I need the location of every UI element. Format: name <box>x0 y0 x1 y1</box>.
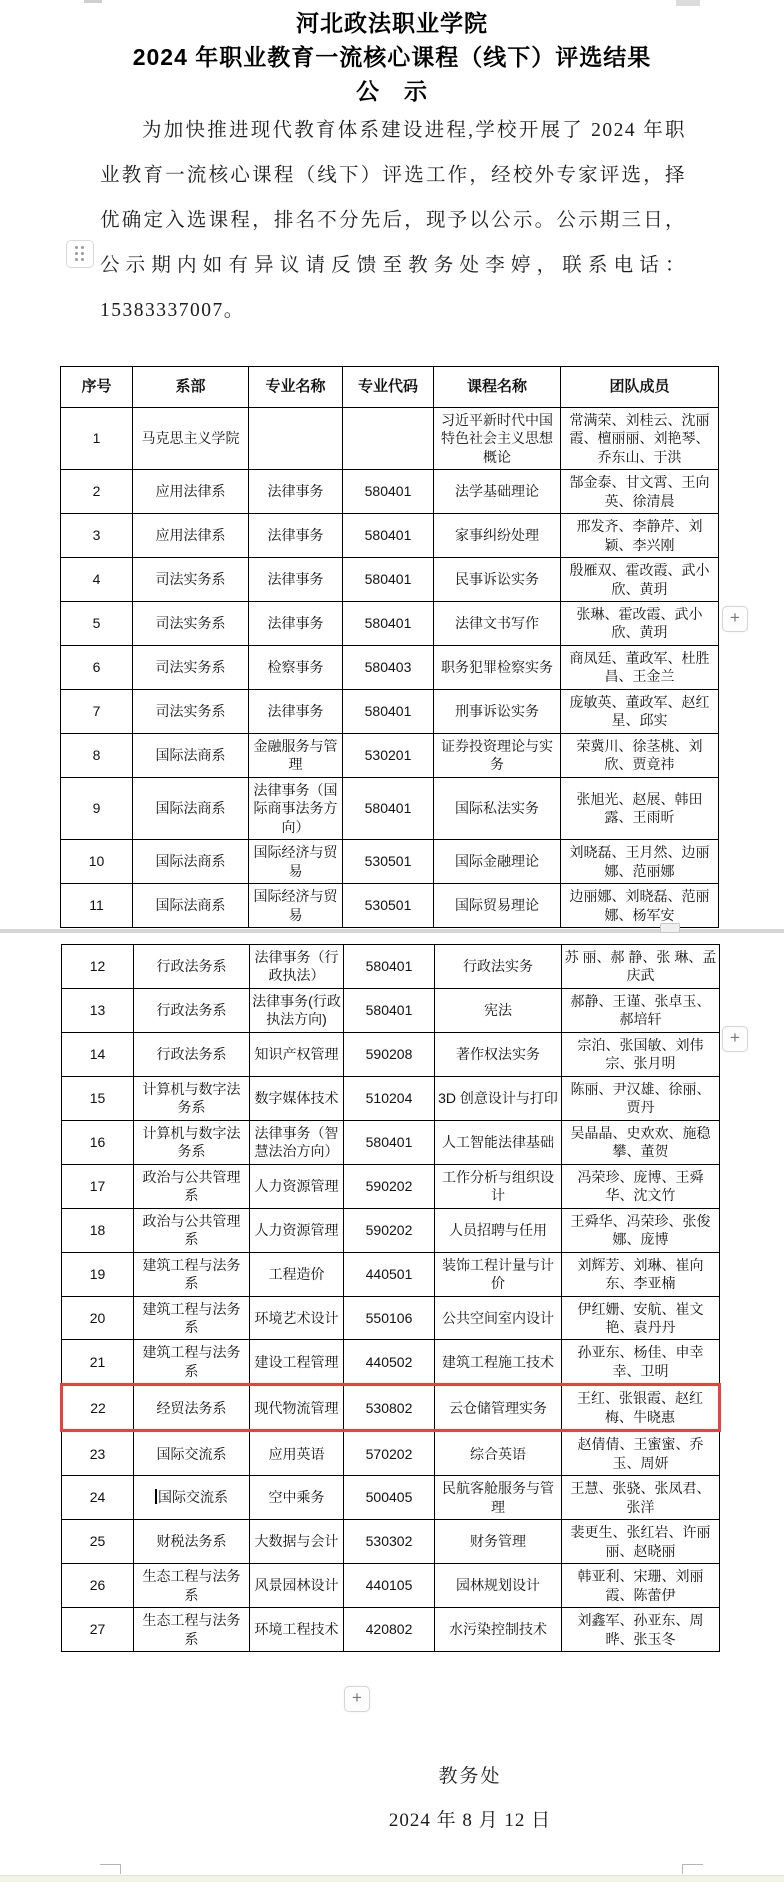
table-cell[interactable]: 现代物流管理 <box>250 1385 344 1431</box>
table-cell[interactable]: 国际法商系 <box>133 733 249 777</box>
column-header: 序号 <box>61 367 133 408</box>
table-cell[interactable]: 17 <box>62 1164 134 1208</box>
table-cell[interactable]: 23 <box>62 1431 134 1476</box>
table-cell[interactable]: 司法实务系 <box>133 602 249 646</box>
table-cell[interactable]: 法律事务（智慧法治方向） <box>250 1120 344 1164</box>
table-cell[interactable]: 生态工程与法务系 <box>134 1564 250 1608</box>
table-cell[interactable]: 应用法律系 <box>133 514 249 558</box>
table-cell[interactable]: 人工智能法律基础 <box>435 1120 562 1164</box>
table-row: 11国际法商系国际经济与贸易530501国际贸易理论边丽娜、刘晓磊、范丽娜、杨军… <box>61 884 719 928</box>
signature-block: 教务处 2024 年 8 月 12 日 <box>340 1762 600 1836</box>
table-cell[interactable]: 11 <box>61 884 133 928</box>
table-cell[interactable]: 大数据与会计 <box>250 1520 344 1564</box>
table-cell[interactable]: 刘鑫军、孙亚东、周晔、张玉冬 <box>562 1608 720 1652</box>
table-cell[interactable]: 张旭光、赵展、韩田露、王雨昕 <box>561 777 719 839</box>
table-cell[interactable]: 财税法务系 <box>134 1520 250 1564</box>
table-row: 5司法实务系法律事务580401法律文书写作张琳、霍改霞、武小欣、黄玥 <box>61 602 719 646</box>
column-header: 课程名称 <box>434 367 561 408</box>
table-cell[interactable]: 冯荣珍、庞博、王舜华、沈文竹 <box>562 1164 720 1208</box>
table-cell[interactable]: 行政法务系 <box>134 1032 250 1076</box>
column-header: 系部 <box>133 367 249 408</box>
table-cell[interactable]: 法律事务 <box>249 470 343 514</box>
table-cell[interactable]: 16 <box>62 1120 134 1164</box>
results-table-page1[interactable]: 序号系部专业名称专业代码课程名称团队成员 1马克思主义学院习近平新时代中国特色社… <box>60 366 719 928</box>
table-cell[interactable]: 国际法商系 <box>133 777 249 839</box>
table-cell[interactable]: 行政法务系 <box>134 988 250 1032</box>
table-cell[interactable]: 440502 <box>344 1340 435 1385</box>
table-row: 27生态工程与法务系环境工程技术420802水污染控制技术刘鑫军、孙亚东、周晔、… <box>62 1608 720 1652</box>
table-cell[interactable]: 2 <box>61 470 133 514</box>
table-cell[interactable]: 计算机与数字法务系 <box>134 1120 250 1164</box>
table-cell[interactable]: 530501 <box>343 884 434 928</box>
table-cell[interactable]: 法律事务 <box>249 689 343 733</box>
table-cell[interactable]: 国际经济与贸易 <box>249 884 343 928</box>
table-cell[interactable]: 550106 <box>344 1296 435 1340</box>
table-cell[interactable]: 行政法实务 <box>435 945 562 989</box>
table-cell[interactable]: 公共空间室内设计 <box>435 1296 562 1340</box>
table-row: 18政治与公共管理系人力资源管理590202人员招聘与任用王舜华、冯荣珍、张俊娜… <box>62 1208 720 1252</box>
table-cell[interactable]: 民航客舱服务与管理 <box>435 1476 562 1520</box>
table-cell[interactable]: 法律事务（国际商事法务方向） <box>249 777 343 839</box>
results-table-page2[interactable]: 12行政法务系法律事务（行政执法）580401行政法实务苏 丽、郝 静、张 琳、… <box>60 944 721 1652</box>
table-row: 6司法实务系检察事务580403职务犯罪检察实务商凤廷、董政军、杜胜昌、王金兰 <box>61 645 719 689</box>
table-cell[interactable]: 王慧、张骁、张凤君、张洋 <box>562 1476 720 1520</box>
table-cell[interactable]: 家事纠纷处理 <box>434 514 561 558</box>
table-row: 12行政法务系法律事务（行政执法）580401行政法实务苏 丽、郝 静、张 琳、… <box>62 945 720 989</box>
table-cell[interactable]: 习近平新时代中国特色社会主义思想概论 <box>434 407 561 469</box>
table-cell[interactable]: 25 <box>62 1520 134 1564</box>
table-row: 21建筑工程与法务系建设工程管理440502建筑工程施工技术孙亚东、杨佳、申幸幸… <box>62 1340 720 1385</box>
table-cell[interactable]: 580401 <box>343 602 434 646</box>
table-cell[interactable]: 政治与公共管理系 <box>134 1164 250 1208</box>
table-cell[interactable]: 陈丽、尹汉雄、徐丽、贾丹 <box>562 1076 720 1120</box>
table-cell[interactable]: 应用英语 <box>250 1431 344 1476</box>
table-row: 24国际交流系空中乘务500405民航客舱服务与管理王慧、张骁、张凤君、张洋 <box>62 1476 720 1520</box>
table-cell[interactable]: 530302 <box>344 1520 435 1564</box>
table-cell[interactable]: 知识产权管理 <box>250 1032 344 1076</box>
table-cell[interactable]: 国际交流系 <box>134 1476 250 1520</box>
table-row: 26生态工程与法务系风景园林设计440105园林规划设计韩亚利、宋珊、刘丽霞、陈… <box>62 1564 720 1608</box>
table-cell[interactable]: 9 <box>61 777 133 839</box>
table-row: 3应用法律系法律事务580401家事纠纷处理邢发齐、李静芹、刘颖、李兴刚 <box>61 514 719 558</box>
table-cell[interactable]: 张琳、霍改霞、武小欣、黄玥 <box>561 602 719 646</box>
table-row: 17政治与公共管理系人力资源管理590202工作分析与组织设计冯荣珍、庞博、王舜… <box>62 1164 720 1208</box>
insert-column-button-2[interactable]: + <box>722 1026 748 1052</box>
table-cell[interactable]: 金融服务与管理 <box>249 733 343 777</box>
table-row: 13行政法务系法律事务(行政执法方向)580401宪法郝静、王谨、张卓玉、郝培轩 <box>62 988 720 1032</box>
table-cell[interactable]: 孙亚东、杨佳、申幸幸、卫明 <box>562 1340 720 1385</box>
table-cell[interactable]: 建筑工程与法务系 <box>134 1252 250 1296</box>
table-cell[interactable]: 职务犯罪检察实务 <box>434 645 561 689</box>
table-cell[interactable]: 人员招聘与任用 <box>435 1208 562 1252</box>
table-cell[interactable]: 云仓储管理实务 <box>435 1385 562 1431</box>
table-row-highlighted: 22经贸法务系现代物流管理530802云仓储管理实务王红、张银霞、赵红梅、牛晓惠 <box>62 1385 720 1431</box>
table-row: 19建筑工程与法务系工程造价440501装饰工程计量与计价刘辉芳、刘琳、崔向东、… <box>62 1252 720 1296</box>
table-cell[interactable]: 1 <box>61 407 133 469</box>
table-cell[interactable]: 590208 <box>344 1032 435 1076</box>
table-cell[interactable]: 水污染控制技术 <box>435 1608 562 1652</box>
table-cell[interactable]: 580401 <box>343 777 434 839</box>
table-cell[interactable]: 法律事务 <box>249 558 343 602</box>
table-cell[interactable]: 政治与公共管理系 <box>134 1208 250 1252</box>
table-cell[interactable]: 建筑工程与法务系 <box>134 1340 250 1385</box>
table-cell[interactable]: 伊红姗、安航、崔文艳、袁丹丹 <box>562 1296 720 1340</box>
table-cell[interactable]: 530802 <box>344 1385 435 1431</box>
table-cell[interactable]: 司法实务系 <box>133 689 249 733</box>
table-cell[interactable]: 4 <box>61 558 133 602</box>
table-cell[interactable]: 国际法商系 <box>133 840 249 884</box>
doc-title-notice: 公 示 <box>0 74 784 108</box>
table-cell[interactable]: 国际经济与贸易 <box>249 840 343 884</box>
table-cell[interactable]: 应用法律系 <box>133 470 249 514</box>
table-cell[interactable]: 法律文书写作 <box>434 602 561 646</box>
table-cell[interactable]: 计算机与数字法务系 <box>134 1076 250 1120</box>
table-cell[interactable]: 马克思主义学院 <box>133 407 249 469</box>
table-cell[interactable]: 边丽娜、刘晓磊、范丽娜、杨军安 <box>561 884 719 928</box>
table-cell[interactable]: 19 <box>62 1252 134 1296</box>
table-cell[interactable]: 建设工程管理 <box>250 1340 344 1385</box>
document-page[interactable]: { "document": { "title_line1": "河北政法职业学院… <box>0 0 784 1882</box>
table-cell[interactable]: 装饰工程计量与计价 <box>435 1252 562 1296</box>
table-cell[interactable]: 590202 <box>344 1164 435 1208</box>
intro-paragraph[interactable]: 为加快推进现代教育体系建设进程,学校开展了 2024 年职业教育一流核心课程（线… <box>100 108 686 333</box>
table-cell[interactable]: 3 <box>61 514 133 558</box>
table-cell[interactable]: 580401 <box>343 558 434 602</box>
page-boundary-mark-bottom-left <box>100 1864 121 1874</box>
table-row: 20建筑工程与法务系环境艺术设计550106公共空间室内设计伊红姗、安航、崔文艳… <box>62 1296 720 1340</box>
table-cell[interactable]: 21 <box>62 1340 134 1385</box>
table-cell[interactable]: 检察事务 <box>249 645 343 689</box>
table-cell[interactable]: 民事诉讼实务 <box>434 558 561 602</box>
insert-row-button[interactable]: + <box>344 1686 370 1712</box>
bottom-toolbar-strip <box>0 1875 784 1882</box>
page-break-notch <box>660 923 680 933</box>
table-cell[interactable]: 500405 <box>344 1476 435 1520</box>
table-cell[interactable]: 建筑工程施工技术 <box>435 1340 562 1385</box>
table-cell[interactable]: 常满荣、刘桂云、沈丽霞、檀丽丽、刘艳琴、乔东山、于洪 <box>561 407 719 469</box>
table-row: 7司法实务系法律事务580401刑事诉讼实务庞敏英、董政军、赵红星、邱实 <box>61 689 719 733</box>
paragraph-drag-handle-icon[interactable] <box>66 240 94 268</box>
table-cell[interactable]: 法学基础理论 <box>434 470 561 514</box>
table-cell[interactable]: 环境艺术设计 <box>250 1296 344 1340</box>
doc-title-school: 河北政法职业学院 <box>0 6 784 40</box>
signature-department: 教务处 <box>340 1762 600 1792</box>
table-cell[interactable]: 530201 <box>343 733 434 777</box>
table-cell[interactable]: 综合英语 <box>435 1431 562 1476</box>
table-cell[interactable]: 郜金泰、甘文霄、王向英、徐清晨 <box>561 470 719 514</box>
table-cell[interactable]: 财务管理 <box>435 1520 562 1564</box>
table-row: 8国际法商系金融服务与管理530201证券投资理论与实务荣冀川、徐茎桃、刘欣、贾… <box>61 733 719 777</box>
table-cell[interactable]: 580401 <box>344 1120 435 1164</box>
table-cell[interactable]: 国际法商系 <box>133 884 249 928</box>
table-cell[interactable]: 荣冀川、徐茎桃、刘欣、贾竟祎 <box>561 733 719 777</box>
table-cell[interactable]: 工作分析与组织设计 <box>435 1164 562 1208</box>
table-cell[interactable]: 10 <box>61 840 133 884</box>
table-cell[interactable]: 生态工程与法务系 <box>134 1608 250 1652</box>
table-cell[interactable]: 26 <box>62 1564 134 1608</box>
table-cell[interactable]: 工程造价 <box>250 1252 344 1296</box>
table-cell[interactable]: 22 <box>62 1385 134 1431</box>
table-cell[interactable]: 国际私法实务 <box>434 777 561 839</box>
table-cell[interactable]: 刘晓磊、王月然、边丽娜、范丽娜 <box>561 840 719 884</box>
table-cell[interactable]: 苏 丽、郝 静、张 琳、孟庆武 <box>562 945 720 989</box>
table-cell[interactable]: 殷雁双、霍改霞、武小欣、黄玥 <box>561 558 719 602</box>
table-row: 2应用法律系法律事务580401法学基础理论郜金泰、甘文霄、王向英、徐清晨 <box>61 470 719 514</box>
table-cell[interactable]: 27 <box>62 1608 134 1652</box>
table-cell[interactable]: 13 <box>62 988 134 1032</box>
table-cell[interactable]: 国际交流系 <box>134 1431 250 1476</box>
table-cell[interactable]: 国际贸易理论 <box>434 884 561 928</box>
table-cell[interactable] <box>343 407 434 469</box>
table-cell[interactable]: 420802 <box>344 1608 435 1652</box>
table-cell[interactable]: 440105 <box>344 1564 435 1608</box>
table-cell[interactable]: 邢发齐、李静芹、刘颖、李兴刚 <box>561 514 719 558</box>
table-row: 23国际交流系应用英语570202综合英语赵倩倩、王蜜蜜、乔玉、周妍 <box>62 1431 720 1476</box>
table-cell[interactable]: 王舜华、冯荣珍、张俊娜、庞博 <box>562 1208 720 1252</box>
table-cell[interactable]: 6 <box>61 645 133 689</box>
title-block: 河北政法职业学院 2024 年职业教育一流核心课程（线下）评选结果 公 示 <box>0 6 784 108</box>
table-cell[interactable]: 5 <box>61 602 133 646</box>
column-header: 专业代码 <box>343 367 434 408</box>
table-cell[interactable]: 人力资源管理 <box>250 1164 344 1208</box>
table-cell[interactable]: 人力资源管理 <box>250 1208 344 1252</box>
table-row: 1马克思主义学院习近平新时代中国特色社会主义思想概论常满荣、刘桂云、沈丽霞、檀丽… <box>61 407 719 469</box>
table-row: 25财税法务系大数据与会计530302财务管理裴更生、张红岩、许丽丽、赵晓丽 <box>62 1520 720 1564</box>
table-cell[interactable]: 20 <box>62 1296 134 1340</box>
table-cell[interactable]: 24 <box>62 1476 134 1520</box>
insert-column-button[interactable]: + <box>722 606 748 632</box>
table-cell[interactable]: 14 <box>62 1032 134 1076</box>
table-cell[interactable]: 法律事务(行政执法方向) <box>250 988 344 1032</box>
table-cell[interactable]: 7 <box>61 689 133 733</box>
column-header: 团队成员 <box>561 367 719 408</box>
table-cell[interactable]: 数字媒体技术 <box>250 1076 344 1120</box>
table-cell[interactable]: 国际金融理论 <box>434 840 561 884</box>
table-cell[interactable]: 园林规划设计 <box>435 1564 562 1608</box>
table-cell[interactable]: 赵倩倩、王蜜蜜、乔玉、周妍 <box>562 1431 720 1476</box>
table-cell[interactable]: 著作权法实务 <box>435 1032 562 1076</box>
table-cell[interactable]: 3D 创意设计与打印 <box>435 1076 562 1120</box>
table-row: 15计算机与数字法务系数字媒体技术5102043D 创意设计与打印陈丽、尹汉雄、… <box>62 1076 720 1120</box>
table-row: 10国际法商系国际经济与贸易530501国际金融理论刘晓磊、王月然、边丽娜、范丽… <box>61 840 719 884</box>
table-cell[interactable]: 法律事务（行政执法） <box>250 945 344 989</box>
table-cell[interactable]: 440501 <box>344 1252 435 1296</box>
table-cell[interactable]: 宗泊、张国敏、刘伟宗、张月明 <box>562 1032 720 1076</box>
table-cell[interactable]: 庞敏英、董政军、赵红星、邱实 <box>561 689 719 733</box>
table-cell[interactable]: 商凤廷、董政军、杜胜昌、王金兰 <box>561 645 719 689</box>
table-row: 16计算机与数字法务系法律事务（智慧法治方向）580401人工智能法律基础吴晶晶… <box>62 1120 720 1164</box>
table-cell[interactable]: 郝静、王谨、张卓玉、郝培轩 <box>562 988 720 1032</box>
table-cell[interactable]: 510204 <box>344 1076 435 1120</box>
table-header-row: 序号系部专业名称专业代码课程名称团队成员 <box>61 367 719 408</box>
table-cell[interactable]: 行政法务系 <box>134 945 250 989</box>
page-boundary-mark-bottom-right <box>682 1864 703 1874</box>
table-cell[interactable]: 580401 <box>344 945 435 989</box>
table-cell[interactable]: 宪法 <box>435 988 562 1032</box>
table-cell[interactable]: 建筑工程与法务系 <box>134 1296 250 1340</box>
table-cell[interactable]: 司法实务系 <box>133 558 249 602</box>
table-cell[interactable]: 法律事务 <box>249 514 343 558</box>
signature-date: 2024 年 8 月 12 日 <box>340 1806 600 1836</box>
table-cell[interactable]: 590202 <box>344 1208 435 1252</box>
table-row: 9国际法商系法律事务（国际商事法务方向）580401国际私法实务张旭光、赵展、韩… <box>61 777 719 839</box>
table-cell[interactable]: 18 <box>62 1208 134 1252</box>
table-cell[interactable]: 570202 <box>344 1431 435 1476</box>
column-header: 专业名称 <box>249 367 343 408</box>
table-row: 4司法实务系法律事务580401民事诉讼实务殷雁双、霍改霞、武小欣、黄玥 <box>61 558 719 602</box>
table-cell[interactable]: 580403 <box>343 645 434 689</box>
table-cell[interactable] <box>249 407 343 469</box>
table-cell[interactable]: 580401 <box>344 988 435 1032</box>
page-boundary-mark-top-left <box>84 0 102 3</box>
table-cell[interactable]: 空中乘务 <box>250 1476 344 1520</box>
table-cell[interactable]: 王红、张银霞、赵红梅、牛晓惠 <box>562 1385 720 1431</box>
table-cell[interactable]: 经贸法务系 <box>134 1385 250 1431</box>
table-cell[interactable]: 裴更生、张红岩、许丽丽、赵晓丽 <box>562 1520 720 1564</box>
table-cell[interactable]: 580401 <box>343 470 434 514</box>
doc-title-subject: 2024 年职业教育一流核心课程（线下）评选结果 <box>0 40 784 74</box>
table-cell[interactable]: 580401 <box>343 514 434 558</box>
table-cell[interactable]: 12 <box>62 945 134 989</box>
text-cursor <box>155 1489 157 1504</box>
table-cell[interactable]: 法律事务 <box>249 602 343 646</box>
table-row: 14行政法务系知识产权管理590208著作权法实务宗泊、张国敏、刘伟宗、张月明 <box>62 1032 720 1076</box>
table-cell[interactable]: 韩亚利、宋珊、刘丽霞、陈蕾伊 <box>562 1564 720 1608</box>
table-cell[interactable]: 580401 <box>343 689 434 733</box>
table-cell[interactable]: 司法实务系 <box>133 645 249 689</box>
table-cell[interactable]: 环境工程技术 <box>250 1608 344 1652</box>
table-cell[interactable]: 刘辉芳、刘琳、崔向东、李亚楠 <box>562 1252 720 1296</box>
table-cell[interactable]: 吴晶晶、史欢欢、施稳攀、董贺 <box>562 1120 720 1164</box>
table-cell[interactable]: 刑事诉讼实务 <box>434 689 561 733</box>
table-cell[interactable]: 风景园林设计 <box>250 1564 344 1608</box>
table-cell[interactable]: 15 <box>62 1076 134 1120</box>
table-cell[interactable]: 证券投资理论与实务 <box>434 733 561 777</box>
table-cell[interactable]: 530501 <box>343 840 434 884</box>
table-cell[interactable]: 8 <box>61 733 133 777</box>
